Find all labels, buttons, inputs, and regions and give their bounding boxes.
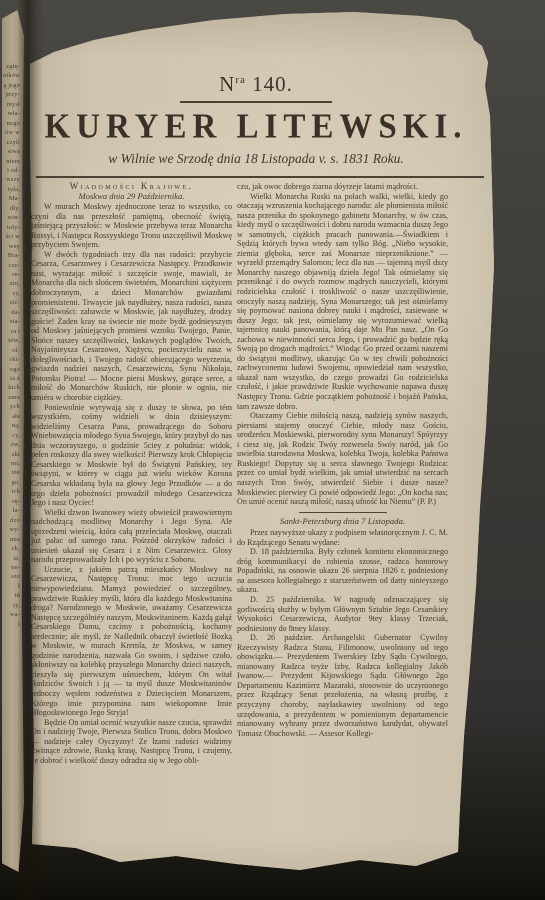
adjacent-page-text-fragment: nie bbox=[2, 468, 24, 477]
article-paragraph: Wielki Monarcha Ruski na polach walki, w… bbox=[237, 192, 448, 412]
adjacent-page-text-fragment: niu, bbox=[2, 279, 24, 288]
article-dateline-moscow: Moskwa dnia 29 Października. bbox=[31, 192, 232, 202]
adjacent-page-text-fragment: ą jego bbox=[2, 81, 24, 90]
adjacent-page-text-fragment: ych bbox=[2, 402, 24, 411]
adjacent-page-text-fragment: Ma- bbox=[2, 194, 24, 203]
article-paragraph: Otaczamy Ciebie miłością naszą, nadzieją… bbox=[237, 411, 448, 506]
adjacent-page-text-fragment: rę- bbox=[2, 497, 24, 506]
adjacent-page-text-fragment: mysł bbox=[2, 100, 24, 109]
adjacent-page-text-fragment: ników bbox=[2, 71, 24, 80]
adjacent-page-text-fragment: ała bbox=[2, 412, 24, 421]
adjacent-page-text-fragment: ry, bbox=[2, 289, 24, 298]
adjacent-page-text-fragment: go, bbox=[2, 478, 24, 487]
adjacent-page-text-fragment: ty, bbox=[2, 601, 24, 610]
adjacent-page-text-fragment: nego bbox=[2, 119, 24, 128]
adjacent-page-text-fragment: ol- bbox=[2, 346, 24, 355]
adjacent-page-text-fragment: Bra- bbox=[2, 251, 24, 260]
news-column-right: czu, jak owoc dobrego ziarna dóyrzeje la… bbox=[237, 182, 448, 738]
adjacent-page-text-fragment: cy, bbox=[2, 431, 24, 440]
masthead: Nra 140. KURYER LITEWSKI. w Wilnie we Sr… bbox=[24, 72, 488, 167]
article-paragraph: Przez naywyższe ukazy z podpisem własnor… bbox=[237, 528, 448, 547]
masthead-rule bbox=[36, 176, 484, 178]
adjacent-page-text-fragment: ł bbox=[2, 582, 24, 591]
adjacent-page-text-fragment: dły, bbox=[2, 204, 24, 213]
adjacent-page-text-fragment: czyli bbox=[2, 138, 24, 147]
adjacent-page-text-fragment: ia z bbox=[2, 374, 24, 383]
adjacent-page-text-fragment: tyła, bbox=[2, 185, 24, 194]
column-right-paragraphs: Przez naywyższe ukazy z podpisem własnor… bbox=[237, 528, 448, 738]
issue-number-superscript: ra bbox=[235, 74, 246, 86]
adjacent-page-text-fragment: przy- bbox=[2, 90, 24, 99]
section-heading-petersburg: Sankt-Petersburg dnia 7 Listopada. bbox=[237, 517, 448, 527]
adjacent-page-text-fragment: iść- bbox=[2, 298, 24, 307]
issue-number: Nra 140. bbox=[24, 72, 488, 97]
newspaper-title: KURYER LITEWSKI. bbox=[24, 108, 488, 147]
article-paragraph: W dwóch tygodniach trzy dla nas radości:… bbox=[31, 250, 232, 403]
adjacent-page-text-fragment: wy- bbox=[2, 525, 24, 534]
adjacent-page-text-fragment: wła- bbox=[2, 109, 24, 118]
adjacent-page-text-fragment: emu bbox=[2, 393, 24, 402]
adjacent-page-text-fragment: ck, bbox=[2, 544, 24, 553]
adjacent-page-text-fragment: wszy bbox=[2, 175, 24, 184]
adjacent-page-text-fragment: iń bbox=[2, 591, 24, 600]
issue-number-rule bbox=[180, 101, 332, 103]
adjacent-page-text-fragment: kich bbox=[2, 383, 24, 392]
adjacent-page-text-fragment: rki- bbox=[2, 355, 24, 364]
column-left-paragraphs: W murach Moskwy zjednoczone teraz to wsz… bbox=[31, 202, 232, 765]
adjacent-page-text-fragment: mi, bbox=[2, 459, 24, 468]
section-divider-rule bbox=[299, 512, 387, 513]
article-paragraph: D. 26 paździer. Archangelski Gubernator … bbox=[237, 633, 448, 738]
masthead-dateline: w Wilnie we Srzodę dnia 18 Listopada v. … bbox=[24, 151, 488, 167]
adjacent-page-text-fragment: da- bbox=[2, 308, 24, 317]
adjacent-page-text-fragment: sze bbox=[2, 572, 24, 581]
article-paragraph: D. 18 października. Były członek komitet… bbox=[237, 547, 448, 595]
adjacent-page-text-fragment: toły- bbox=[2, 223, 24, 232]
adjacent-page-text-fragment: ów, bbox=[2, 440, 24, 449]
article-paragraph: Poniewolnie wyrywają się z duszy te słow… bbox=[31, 403, 232, 508]
adjacent-page-text-fragment: ści w bbox=[2, 232, 24, 241]
adjacent-page-text-fragment: niem bbox=[2, 157, 24, 166]
news-column-left: Wiadomości Krajowe. Moskwa dnia 29 Paźdz… bbox=[31, 182, 232, 765]
adjacent-page-text-fragment: i od- bbox=[2, 166, 24, 175]
adjacent-page-text-fragment: ski bbox=[2, 450, 24, 459]
column-right-lead-paragraphs: czu, jak owoc dobrego ziarna dóyrzeje la… bbox=[237, 182, 448, 507]
article-paragraph: Uczucie, z jakiém patrzą mieszkańcy Mosk… bbox=[31, 565, 232, 718]
adjacent-page-text-fragment: wa- bbox=[2, 610, 24, 619]
adjacent-page-text-fragment: wey bbox=[2, 242, 24, 251]
adjacent-page-text-fragment: stwa bbox=[2, 147, 24, 156]
adjacent-page-text-fragment: ra i bbox=[2, 327, 24, 336]
article-paragraph: czu, jak owoc dobrego ziarna dóyrzeje la… bbox=[237, 182, 448, 192]
adjacent-page-text-fragment: ego bbox=[2, 365, 24, 374]
adjacent-page-text-fragment: ich bbox=[2, 487, 24, 496]
adjacent-page-text-fragment: i bbox=[2, 620, 24, 629]
adjacent-page-text-fragment: re- bbox=[2, 270, 24, 279]
adjacent-page-text-fragment: ne- bbox=[2, 563, 24, 572]
adjacent-page-text-fragment: win- bbox=[2, 213, 24, 222]
article-paragraph: W murach Moskwy zjednoczone teraz to wsz… bbox=[31, 202, 232, 250]
adjacent-page-text-fragment: ną, bbox=[2, 421, 24, 430]
newspaper-sheet: Nra 140. KURYER LITEWSKI. w Wilnie we Sr… bbox=[24, 6, 516, 880]
article-paragraph: D. 25 października. W nagrodę odznaczają… bbox=[237, 595, 448, 633]
adjacent-page-edge: zgłę-nikówą jegoprzy-mysłwła-negoów wczy… bbox=[2, 10, 24, 872]
adjacent-page-text-fragment: zgłę- bbox=[2, 62, 24, 71]
adjacent-page-text-fragment: ów w bbox=[2, 128, 24, 137]
scanned-newspaper-photo: zgłę-nikówą jegoprzy-mysłwła-negoów wczy… bbox=[0, 0, 545, 900]
adjacent-page-text-fragment: ia, bbox=[2, 554, 24, 563]
adjacent-page-text-fragment: cze- bbox=[2, 261, 24, 270]
adjacent-page-text-fragment: dzo bbox=[2, 516, 24, 525]
adjacent-page-text-fragment: sta- bbox=[2, 317, 24, 326]
adjacent-page-text-fragment: tów, bbox=[2, 336, 24, 345]
adjacent-page-text-fragment: ła- bbox=[2, 506, 24, 515]
article-paragraph: Wielki dzwon Iwanowey wieży obwieścił pr… bbox=[31, 508, 232, 565]
article-paragraph: Będzie On umiał ocenić wszystkie nasze c… bbox=[31, 718, 232, 766]
adjacent-page-text-fragment: mia bbox=[2, 535, 24, 544]
